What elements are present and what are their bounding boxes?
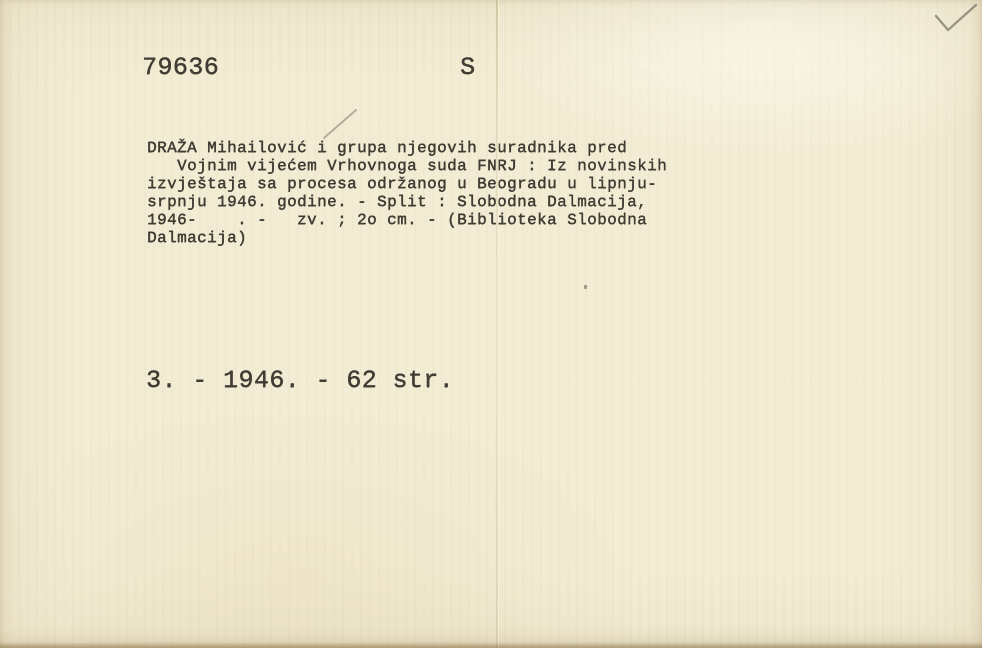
ink-speck xyxy=(584,285,587,289)
catalog-card: 79636 S DRAŽA Mihailović i grupa njegovi… xyxy=(0,0,982,648)
card-crease-line xyxy=(496,0,498,648)
section-letter: S xyxy=(460,54,475,83)
checkmark-icon xyxy=(928,0,982,34)
call-number: 79636 xyxy=(142,54,219,83)
bibliographic-description: DRAŽA Mihailović i grupa njegovih suradn… xyxy=(147,139,667,247)
card-bottom-edge-shadow xyxy=(0,642,982,648)
pencil-slash-mark xyxy=(318,104,362,144)
holdings-line: 3. - 1946. - 62 str. xyxy=(146,367,454,396)
